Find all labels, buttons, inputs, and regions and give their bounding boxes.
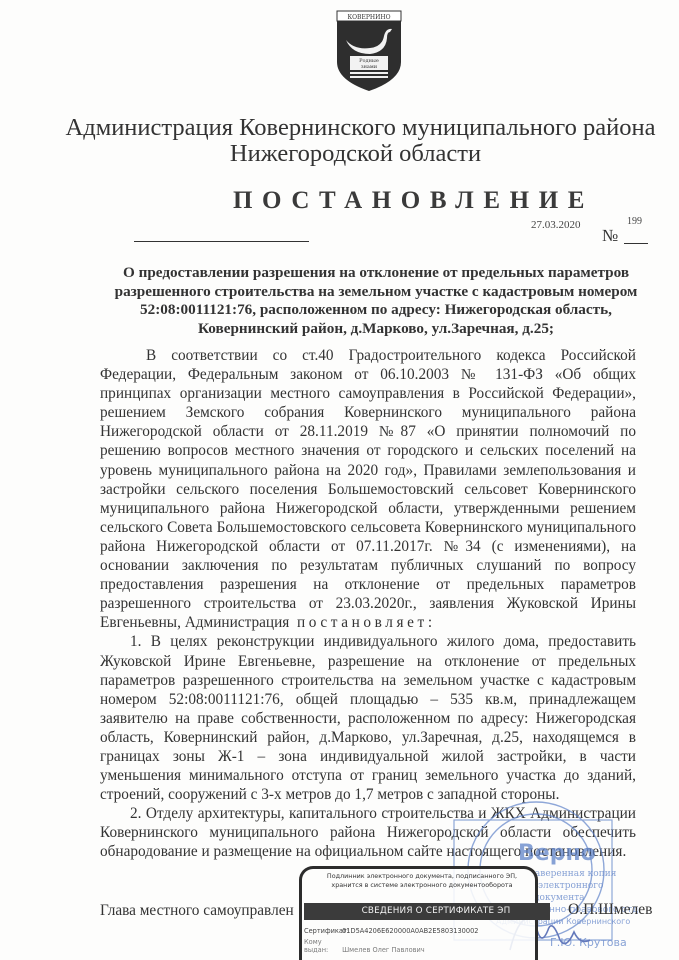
document-body: В соответствии со ст.40 Градостроительно… [100, 346, 636, 862]
signatory-name: О.П.Шмелев [568, 901, 652, 919]
certificate-serial-row: Сертификат: 01D5A4206E620000A0AB2E580313… [304, 927, 478, 935]
certificate-serial-value: 01D5A4206E620000A0AB2E5803130002 [342, 927, 478, 935]
number-underline [624, 243, 648, 244]
svg-text:электронного: электронного [538, 881, 603, 891]
organization-line-2: Нижегородской области [32, 141, 679, 167]
resolves-text: постановляет: [297, 614, 436, 631]
preamble-text: В соответствии со ст.40 Градостроительно… [100, 347, 636, 631]
preamble-paragraph: В соответствии со ст.40 Градостроительно… [100, 346, 636, 632]
svg-text:заверенная копия: заверенная копия [530, 869, 617, 879]
document-date: 27.03.2020 [531, 219, 581, 231]
certificate-note: Подлинник электронного документа, подпис… [312, 872, 532, 890]
certificate-owner-row: Кому выдан: Шмелев Олег Павлович [304, 938, 425, 954]
organization-line-1: Администрация Ковернинского муниципально… [66, 114, 656, 141]
document-number: 199 [627, 216, 642, 227]
resolution-item-1: 1. В целях реконструкции индивидуального… [100, 632, 636, 804]
document-subject: О предоставлении разрешения на отклонени… [108, 264, 644, 338]
blank-line [134, 241, 309, 242]
certificate-owner-value: Шмелев Олег Павлович [342, 946, 425, 954]
certificate-note-line-1: Подлинник электронного документа, подпис… [312, 872, 532, 881]
certificate-header-bar: СВЕДЕНИЯ О СЕРТИФИКАТЕ ЭП [304, 903, 550, 920]
certificate-serial-label: Сертификат: [304, 927, 340, 935]
document-type-title: ПОСТАНОВЛЕНИЕ [233, 187, 594, 215]
certificate-header-title: СВЕДЕНИЯ О СЕРТИФИКАТЕ ЭП [344, 906, 511, 916]
certificate-owner-label: Кому выдан: [304, 938, 340, 954]
svg-text:знами: знами [361, 64, 378, 70]
certificate-note-line-2: хранится в системе электронного документ… [312, 881, 532, 890]
stamp-title: Верно [518, 841, 596, 866]
emblem-label: КОВЕРНИНО [347, 14, 390, 21]
number-sign: № [602, 226, 618, 246]
coat-of-arms-icon: КОВЕРНИНО Родные знами [336, 10, 402, 92]
signature-position: Глава местного самоуправлен [100, 902, 294, 920]
organization-heading: Администрация Ковернинского муниципально… [0, 115, 679, 167]
